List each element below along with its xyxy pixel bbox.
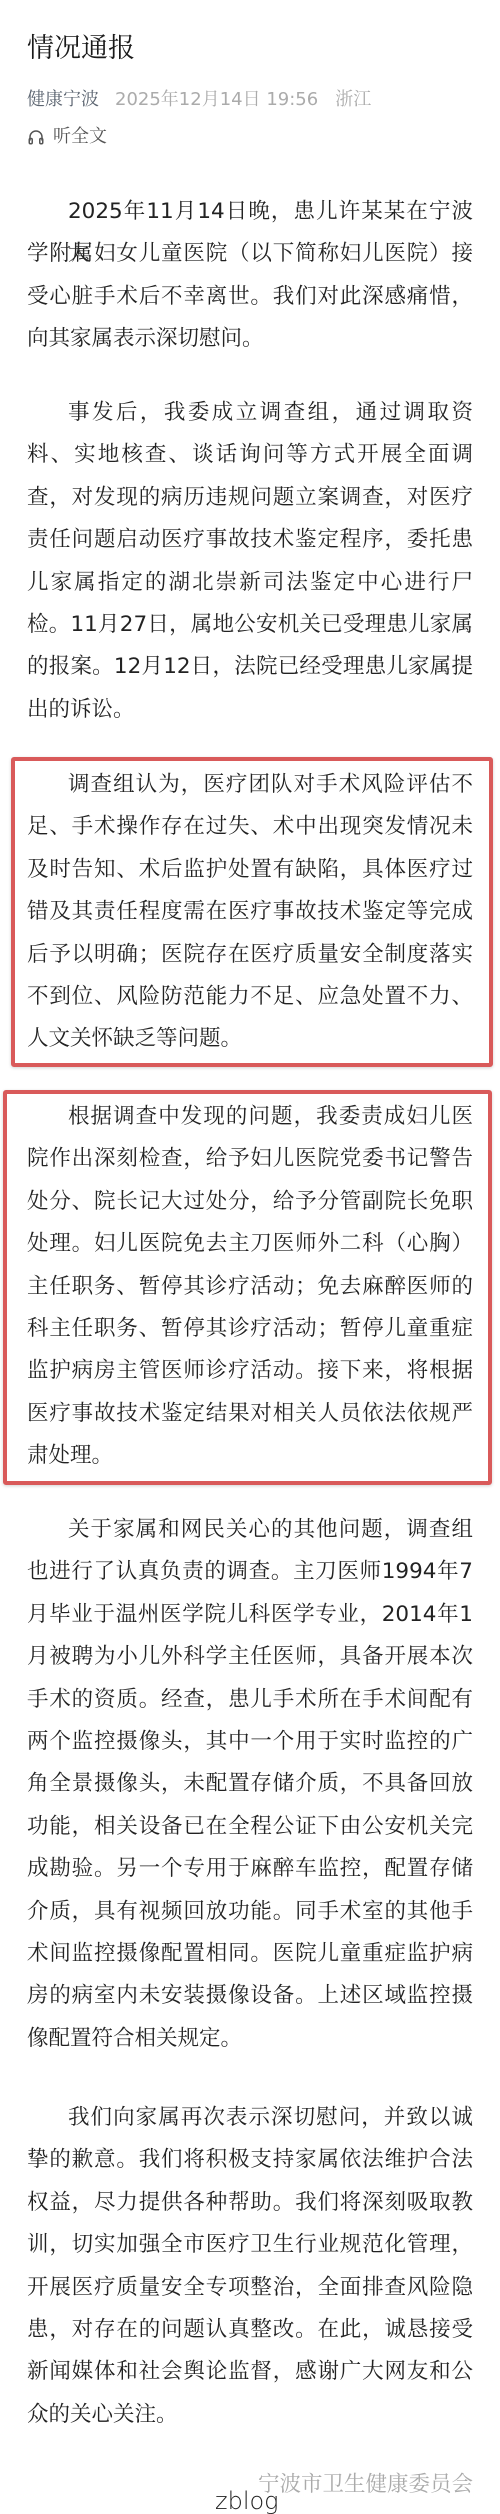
text-line: 两个监控摄像头，其中一个用于实时监控的广 — [27, 1721, 473, 1763]
text-line: 月毕业于温州医学院儿科医学专业，2014年1 — [27, 1594, 473, 1636]
text-line: 调查组认为，医疗团队对手术风险评估不 — [27, 764, 473, 806]
text-line: 功能，相关设备已在全程公证下由公安机关完 — [27, 1806, 473, 1848]
paragraph-findings: 调查组认为，医疗团队对手术风险评估不 足、手术操作存在过失、术中出现突发情况未 … — [27, 764, 473, 1061]
publish-location: 浙江 — [335, 89, 371, 111]
text-line: 介质，具有视频回放功能。同手术室的其他手 — [27, 1891, 473, 1933]
text-line: 及时告知、术后监护处置有缺陷，具体医疗过 — [27, 849, 473, 891]
text-line: 也进行了认真负责的调查。主刀医师1994年7 — [27, 1551, 473, 1593]
text-line: 事发后，我委成立调查组，通过调取资 — [27, 392, 473, 434]
issuer-signature: 宁波市卫生健康委员会 — [258, 2473, 473, 2497]
publish-datetime: 2025年12月14日 19:56 — [115, 89, 318, 111]
text-line: 处理。妇儿医院免去主刀医师外二科（心胸） — [27, 1223, 473, 1265]
text-line: 肃处理。 — [27, 1435, 473, 1477]
text-line: 根据调查中发现的问题，我委责成妇儿医 — [27, 1096, 473, 1138]
text-line: 训，切实加强全市医疗卫生行业规范化管理， — [27, 2224, 473, 2266]
text-line: 2025年11月14日晚，患儿许某某在宁波大 — [27, 191, 473, 233]
text-line: 后予以明确；医院存在医疗质量安全制度落实 — [27, 934, 473, 976]
text-line: 院作出深刻检查，给予妇儿医院党委书记警告 — [27, 1138, 473, 1180]
text-line: 像配置符合相关规定。 — [27, 2018, 473, 2060]
listen-label: 听全文 — [53, 126, 107, 148]
text-line: 主任职务、暂停其诊疗活动；免去麻醉医师的 — [27, 1266, 473, 1308]
text-line: 我们向家属再次表示深切慰问，并致以诚 — [27, 2097, 473, 2139]
text-line: 科主任职务、暂停其诊疗活动；暂停儿童重症 — [27, 1308, 473, 1350]
text-line: 挚的歉意。我们将积极支持家属依法维护合法 — [27, 2139, 473, 2181]
text-line: 向其家属表示深切慰问。 — [27, 318, 473, 360]
paragraph-other-concerns: 关于家属和网民关心的其他问题，调查组 也进行了认真负责的调查。主刀医师1994年… — [27, 1509, 473, 2060]
text-line: 众的关心关注。 — [27, 2394, 473, 2436]
text-line: 料、实地核查、谈话询问等方式开展全面调 — [27, 434, 473, 476]
text-line: 术间监控摄像配置相同。医院儿童重症监护病 — [27, 1933, 473, 1975]
text-line: 监护病房主管医师诊疗活动。接下来，将根据 — [27, 1350, 473, 1392]
text-line: 患，对存在的问题认真整改。在此，诚恳接受 — [27, 2309, 473, 2351]
text-line: 学附属妇女儿童医院（以下简称妇儿医院）接 — [27, 233, 473, 275]
text-line: 医疗事故技术鉴定结果对相关人员依法依规严 — [27, 1393, 473, 1435]
text-line: 新闻媒体和社会舆论监督，感谢广大网友和公 — [27, 2351, 473, 2393]
paragraph-accountability: 根据调查中发现的问题，我委责成妇儿医 院作出深刻检查，给予妇儿医院党委书记警告 … — [27, 1096, 473, 1478]
listen-full-text-button[interactable]: 听全文 — [27, 126, 107, 148]
article-title: 情况通报 — [27, 33, 135, 65]
text-line: 开展医疗质量安全专项整治，全面排查风险隐 — [27, 2267, 473, 2309]
text-line: 儿家属指定的湖北崇新司法鉴定中心进行尸 — [27, 562, 473, 604]
paragraph-investigation-process: 事发后，我委成立调查组，通过调取资 料、实地核查、谈话询问等方式开展全面调 查，… — [27, 392, 473, 731]
watermark: zblog — [215, 2489, 279, 2513]
text-line: 月被聘为小儿外科学主任医师，具备开展本次 — [27, 1636, 473, 1678]
paragraph-incident: 2025年11月14日晚，患儿许某某在宁波大 学附属妇女儿童医院（以下简称妇儿医… — [27, 191, 473, 361]
text-line: 手术的资质。经查，患儿手术所在手术间配有 — [27, 1679, 473, 1721]
text-line: 受心脏手术后不幸离世。我们对此深感痛惜， — [27, 276, 473, 318]
text-line: 查，对发现的病历违规问题立案调查，对医疗 — [27, 477, 473, 519]
text-line: 出的诉讼。 — [27, 689, 473, 731]
paragraph-apology: 我们向家属再次表示深切慰问，并致以诚 挚的歉意。我们将积极支持家属依法维护合法 … — [27, 2097, 473, 2436]
text-line: 人文关怀缺乏等问题。 — [27, 1018, 473, 1060]
text-line: 成勘验。另一个专用于麻醉车监控，配置存储 — [27, 1848, 473, 1890]
author-link[interactable]: 健康宁波 — [27, 89, 99, 111]
text-line: 的报案。12月12日，法院已经受理患儿家属提 — [27, 646, 473, 688]
text-line: 错及其责任程度需在医疗事故技术鉴定等完成 — [27, 891, 473, 933]
text-line: 角全景摄像头，未配置存储介质，不具备回放 — [27, 1763, 473, 1805]
text-line: 足、手术操作存在过失、术中出现突发情况未 — [27, 806, 473, 848]
text-line: 责任问题启动医疗事故技术鉴定程序，委托患 — [27, 519, 473, 561]
headphones-icon — [27, 128, 45, 146]
text-line: 不到位、风险防范能力不足、应急处置不力、 — [27, 976, 473, 1018]
text-line: 处分、院长记大过处分，给予分管副院长免职 — [27, 1181, 473, 1223]
text-line: 权益，尽力提供各种帮助。我们将深刻吸取教 — [27, 2182, 473, 2224]
article-page: 情况通报 健康宁波 2025年12月14日 19:56 浙江 听全文 2025年… — [0, 0, 500, 2514]
text-line: 检。11月27日，属地公安机关已受理患儿家属 — [27, 604, 473, 646]
article-meta: 健康宁波 2025年12月14日 19:56 浙江 — [27, 89, 371, 111]
text-line: 房的病室内未安装摄像设备。上述区域监控摄 — [27, 1975, 473, 2017]
text-line: 关于家属和网民关心的其他问题，调查组 — [27, 1509, 473, 1551]
